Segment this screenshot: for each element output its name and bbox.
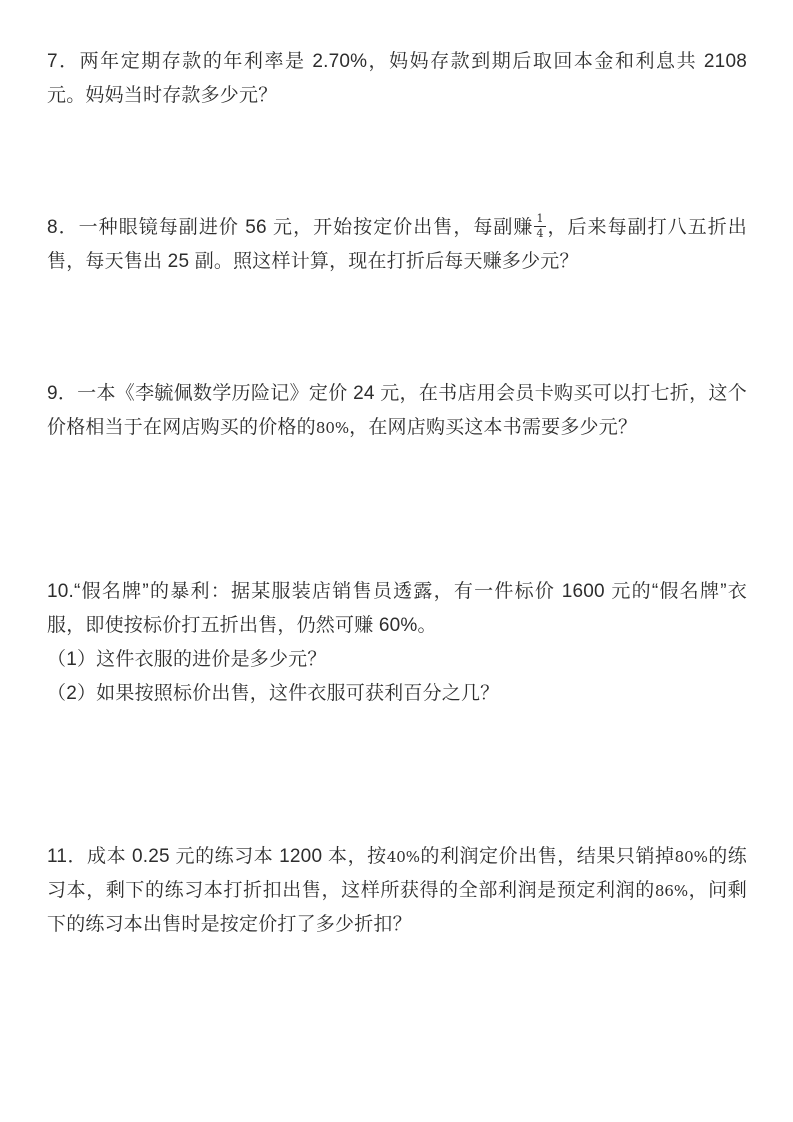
problem-9-percent-80: 80% xyxy=(316,419,349,437)
problem-10-question-1-text: （1）这件衣服的进价是多少元？ xyxy=(47,649,327,670)
problem-9: 9．一本《李毓佩数学历险记》定价 24 元，在书店用会员卡购买可以打七折，这个价… xyxy=(47,377,747,445)
problem-9-text-part2: ，在网店购买这本书需要多少元？ xyxy=(349,417,637,438)
problem-10-question-1: （1）这件衣服的进价是多少元？ xyxy=(47,643,747,677)
problem-7: 7．两年定期存款的年利率是 2.70%，妈妈存款到期后取回本金和利息共 2108… xyxy=(47,45,747,113)
problem-10-question-2: （2）如果按照标价出售，这件衣服可获利百分之几？ xyxy=(47,677,747,711)
problem-10-intro-text: 10.“假名牌”的暴利：据某服装店销售员透露，有一件标价 1600 元的“假名牌… xyxy=(47,581,747,636)
problem-11-percent-80: 80% xyxy=(675,848,708,866)
problem-10-intro: 10.“假名牌”的暴利：据某服装店销售员透露，有一件标价 1600 元的“假名牌… xyxy=(47,575,747,643)
fraction-numerator: 1 xyxy=(534,213,545,228)
fraction-one-quarter: 14 xyxy=(534,213,545,241)
problem-11-text-part2: 的利润定价出售，结果只销掉 xyxy=(420,846,675,867)
worksheet-page: 7．两年定期存款的年利率是 2.70%，妈妈存款到期后取回本金和利息共 2108… xyxy=(0,0,793,1122)
problem-10: 10.“假名牌”的暴利：据某服装店销售员透露，有一件标价 1600 元的“假名牌… xyxy=(47,575,747,711)
problem-11-percent-40: 40% xyxy=(387,848,420,866)
problem-10-question-2-text: （2）如果按照标价出售，这件衣服可获利百分之几？ xyxy=(47,683,499,704)
problem-11-percent-86: 86% xyxy=(655,882,688,900)
problem-7-text: 7．两年定期存款的年利率是 2.70%，妈妈存款到期后取回本金和利息共 2108… xyxy=(47,51,747,106)
problem-8: 8．一种眼镜每副进价 56 元，开始按定价出售，每副赚14，后来每副打八五折出售… xyxy=(47,211,747,279)
problem-11: 11．成本 0.25 元的练习本 1200 本，按40%的利润定价出售，结果只销… xyxy=(47,840,747,942)
problem-11-text-part1: 11．成本 0.25 元的练习本 1200 本，按 xyxy=(47,846,387,867)
problem-8-text-before-fraction: 8．一种眼镜每副进价 56 元，开始按定价出售，每副赚 xyxy=(47,217,533,238)
fraction-denominator: 4 xyxy=(534,227,545,241)
